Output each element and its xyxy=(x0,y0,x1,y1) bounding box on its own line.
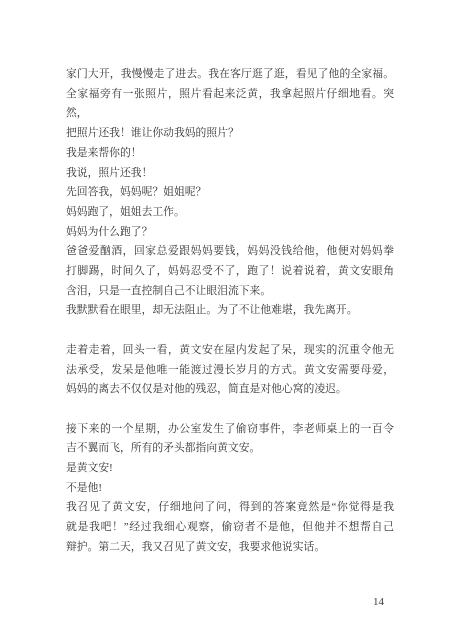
paragraph: 家门大开，我慢慢走了进去。我在客厅逛了逛，看见了他的全家福。全家福旁有一张照片，… xyxy=(66,65,394,124)
paragraph: 不是他! xyxy=(66,479,394,499)
paragraph xyxy=(66,400,394,420)
text-line: 不是他! xyxy=(66,479,394,499)
document-page: 家门大开，我慢慢走了进去。我在客厅逛了逛，看见了他的全家福。全家福旁有一张照片，… xyxy=(0,0,450,640)
text-line: 我说，照片还我！ xyxy=(66,164,394,184)
page-text: 家门大开，我慢慢走了进去。我在客厅逛了逛，看见了他的全家福。全家福旁有一张照片，… xyxy=(66,65,394,558)
paragraph xyxy=(66,321,394,341)
paragraph: 是黄文安! xyxy=(66,459,394,479)
text-line: 含泪，只是一直控制自己不让眼泪流下来。 xyxy=(66,282,394,302)
text-line: 先回答我，妈妈呢？姐姐呢？ xyxy=(66,183,394,203)
paragraph: 我默默看在眼里，却无法阻止。为了不让他难堪，我先离开。 xyxy=(66,301,394,321)
paragraph: 爸爸爱酗酒，回家总爱跟妈妈要钱，妈妈没钱给他，他便对妈妈拳打脚踢，时间久了，妈妈… xyxy=(66,242,394,301)
text-line: 是黄文安! xyxy=(66,459,394,479)
text-line: 法承受，发呆是他唯一能渡过漫长岁月的方式。黄文安需要母爱， xyxy=(66,361,394,381)
text-line: 接下来的一个星期，办公室发生了偷窃事件，李老师桌上的一百令 xyxy=(66,420,394,440)
text-line: 然， xyxy=(66,104,394,124)
paragraph: 妈妈跑了，姐姐去工作。 xyxy=(66,203,394,223)
paragraph: 接下来的一个星期，办公室发生了偷窃事件，李老师桌上的一百令吉不翼而飞，所有的矛头… xyxy=(66,420,394,459)
text-line: 吉不翼而飞，所有的矛头都指向黄文安。 xyxy=(66,439,394,459)
text-line: 妈妈为什么跑了？ xyxy=(66,223,394,243)
text-line: 辩护。第二天，我又召见了黄文安，我要求他说实话。 xyxy=(66,538,394,558)
text-line: 打脚踢，时间久了，妈妈忍受不了，跑了！说着说着，黄文安眼角 xyxy=(66,262,394,282)
text-line: 就是我吧！”经过我细心观察，偷窃者不是他，但他并不想帮自己 xyxy=(66,518,394,538)
text-line: 我默默看在眼里，却无法阻止。为了不让他难堪，我先离开。 xyxy=(66,301,394,321)
text-line: 走着走着，回头一看，黄文安在屋内发起了呆，现实的沉重令他无 xyxy=(66,341,394,361)
text-line: 妈妈的离去不仅仅是对他的残忍，简直是对他心窝的凌迟。 xyxy=(66,380,394,400)
text-line: 全家福旁有一张照片，照片看起来泛黄，我拿起照片仔细地看。突 xyxy=(66,85,394,105)
paragraph: 妈妈为什么跑了？ xyxy=(66,223,394,243)
text-line: 把照片还我！谁让你动我妈的照片？ xyxy=(66,124,394,144)
paragraph: 我召见了黄文安，仔细地问了问，得到的答案竟然是“你觉得是我就是我吧！”经过我细心… xyxy=(66,498,394,557)
text-line: 我是来帮你的！ xyxy=(66,144,394,164)
paragraph: 我说，照片还我！ xyxy=(66,164,394,184)
paragraph: 我是来帮你的！ xyxy=(66,144,394,164)
blank-line xyxy=(66,321,394,341)
blank-line xyxy=(66,400,394,420)
paragraph: 先回答我，妈妈呢？姐姐呢？ xyxy=(66,183,394,203)
paragraph: 走着走着，回头一看，黄文安在屋内发起了呆，现实的沉重令他无法承受，发呆是他唯一能… xyxy=(66,341,394,400)
paragraph: 把照片还我！谁让你动我妈的照片？ xyxy=(66,124,394,144)
text-line: 妈妈跑了，姐姐去工作。 xyxy=(66,203,394,223)
text-line: 我召见了黄文安，仔细地问了问，得到的答案竟然是“你觉得是我 xyxy=(66,498,394,518)
text-line: 爸爸爱酗酒，回家总爱跟妈妈要钱，妈妈没钱给他，他便对妈妈拳 xyxy=(66,242,394,262)
text-line: 家门大开，我慢慢走了进去。我在客厅逛了逛，看见了他的全家福。 xyxy=(66,65,394,85)
page-number: 14 xyxy=(373,596,384,608)
